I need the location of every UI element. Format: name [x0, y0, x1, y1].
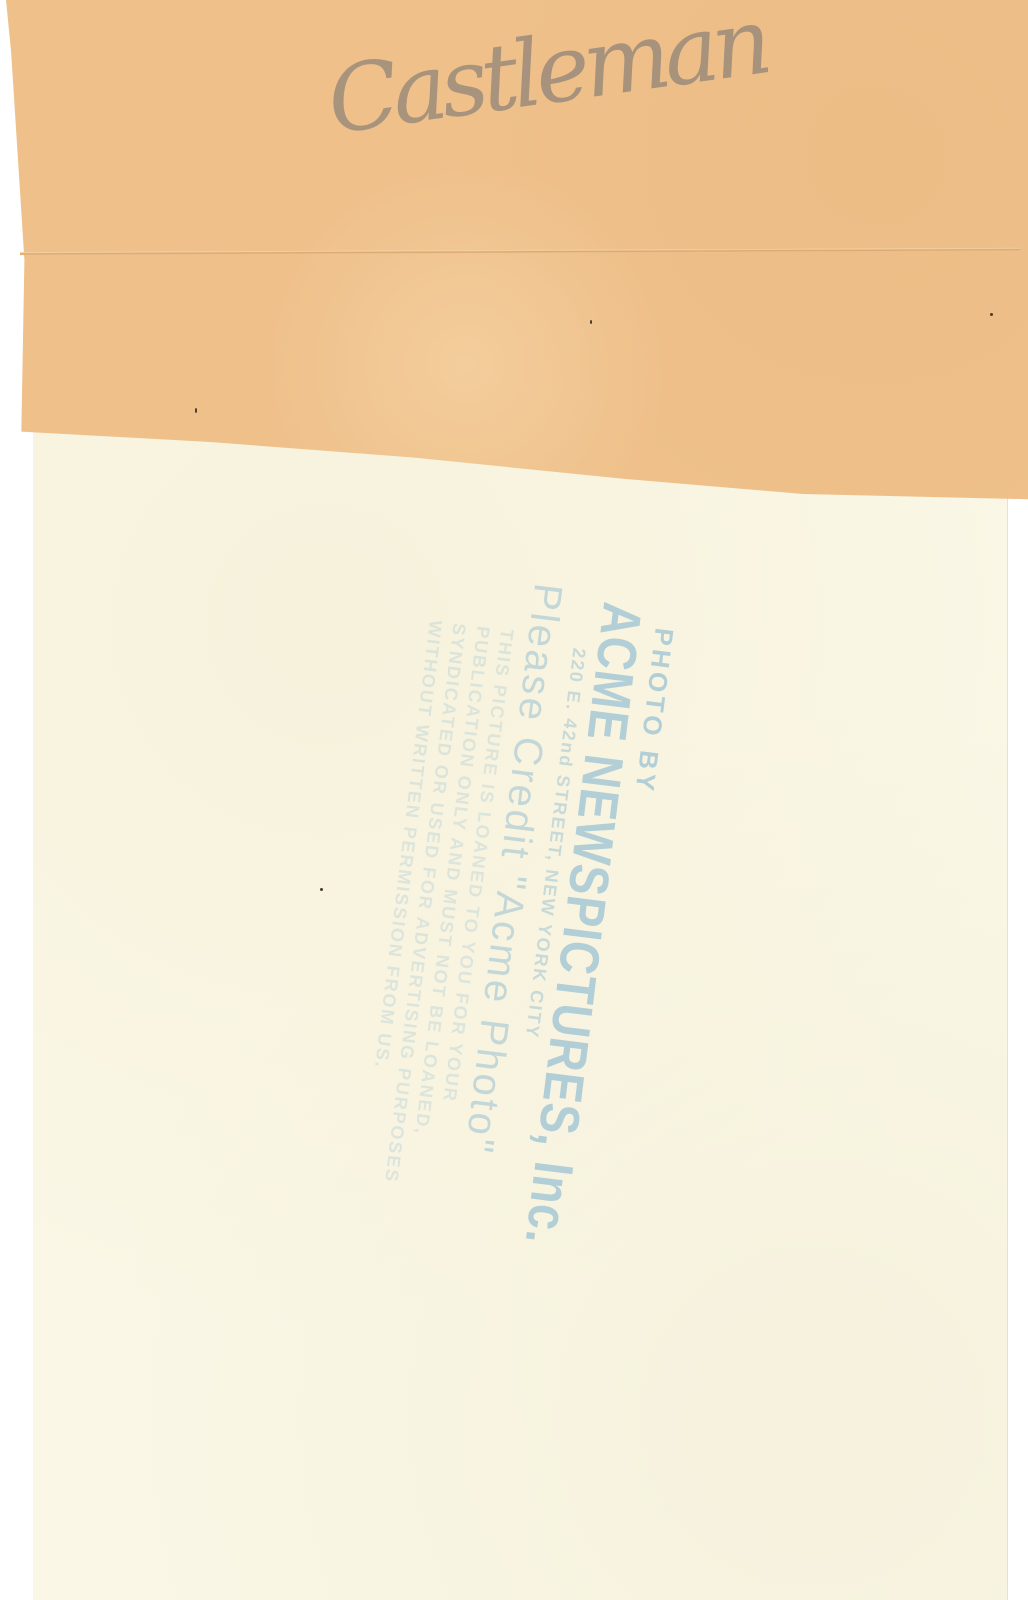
dust-speck	[320, 888, 323, 891]
dust-speck	[195, 408, 197, 413]
pencil-handwriting: Castleman	[321, 0, 772, 155]
dust-speck	[990, 313, 993, 316]
dust-speck	[590, 320, 592, 324]
